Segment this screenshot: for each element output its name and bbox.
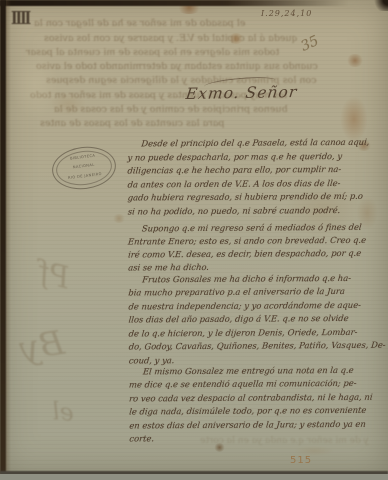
manuscript-line: diligencias q.e he hecho para ello, por … (127, 163, 380, 178)
manuscript-line: Desde el principio del q.e Pasaela, está… (141, 136, 380, 151)
scan-edge-left-shadow (6, 0, 11, 474)
scan-edge-top-right (372, 0, 388, 11)
manuscript-line: do, Godoy, Cavañas, Quiñones, Benites, P… (128, 339, 381, 354)
manuscript-line: si no ha podido, no puedo, ni sabré cuan… (127, 204, 380, 219)
manuscript-line: corte. (129, 431, 382, 446)
manuscript-line: le diga nada, disimúlele todo, por q.e n… (129, 404, 382, 419)
manuscript-page: el pasado de mi señor se ha de llegar co… (0, 0, 388, 475)
letter-body: Desde el principio del q.e Pasaela, está… (0, 0, 388, 480)
scan-background-strip (0, 474, 388, 480)
scanned-letter-screenshot: el pasado de mi señor se ha de llegar co… (0, 0, 388, 480)
scan-edge-top (0, 0, 348, 6)
page-number-pencil: 515 (290, 455, 312, 466)
